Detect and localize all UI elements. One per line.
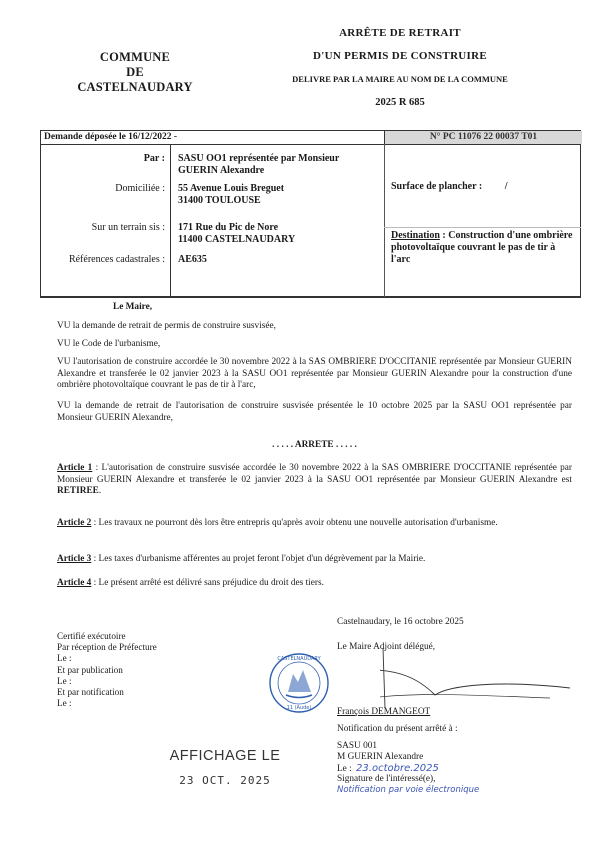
commune-line: COMMUNE xyxy=(60,50,210,65)
terrain-line: 171 Rue du Pic de Nore xyxy=(178,222,295,234)
affichage-label: AFFICHAGE LE xyxy=(145,748,305,764)
signatory-name: François DEMANGEOT xyxy=(337,707,430,719)
table-header: Demande déposée le 16/12/2022 - N° PC 11… xyxy=(41,131,580,145)
cert-line: Certifié exécutoire xyxy=(57,631,157,642)
article-4: Article 4 : Le présent arrêté est délivr… xyxy=(57,578,572,590)
title-line-3: DELIVRE PAR LA MAIRE AU NOM DE LA COMMUN… xyxy=(230,74,570,84)
vu-paragraph: VU la demande de retrait de l'autorisati… xyxy=(57,401,572,424)
domicile-value: 55 Avenue Louis Breguet 31400 TOULOUSE xyxy=(178,183,284,207)
affichage-stamp: AFFICHAGE LE 23 OCT. 2025 xyxy=(145,748,305,787)
row-divider xyxy=(384,227,581,228)
article-3: Article 3 : Les taxes d'urbanisme affére… xyxy=(57,554,572,566)
cert-line: Et par notification xyxy=(57,687,157,698)
destination-label: Destination xyxy=(391,230,440,241)
column-divider xyxy=(384,144,385,297)
certification-block: Certifié exécutoire Par réception de Pré… xyxy=(57,631,157,709)
par-label: Par : xyxy=(144,153,165,164)
surface-value: / xyxy=(505,181,508,192)
terrain-label: Sur un terrain sis : xyxy=(92,222,165,233)
demande-date: Demande déposée le 16/12/2022 - xyxy=(44,131,177,144)
arrete-reference: 2025 R 685 xyxy=(230,97,570,108)
cert-line: Et par publication xyxy=(57,665,157,676)
cert-line: Par réception de Préfecture xyxy=(57,642,157,653)
surface-plancher: Surface de plancher : / xyxy=(391,181,507,193)
domicile-label: Domiciliée : xyxy=(115,183,165,194)
commune-block: COMMUNE DE CASTELNAUDARY xyxy=(60,50,210,95)
affichage-date: 23 OCT. 2025 xyxy=(145,774,305,787)
vu-paragraph: VU la demande de retrait de permis de co… xyxy=(57,321,572,333)
handwritten-date: 23.octobre.2025 xyxy=(356,763,439,774)
signature-label: Signature de l'intéressé(e), xyxy=(337,774,435,786)
terrain-line: 11400 CASTELNAUDARY xyxy=(178,234,295,246)
maire-heading: Le Maire, xyxy=(113,302,595,314)
document-title: ARRÊTE DE RETRAIT D'UN PERMIS DE CONSTRU… xyxy=(230,27,570,108)
article-1: Article 1 : L'autorisation de construire… xyxy=(57,463,572,498)
svg-text:CASTELNAUDARY: CASTELNAUDARY xyxy=(277,656,321,662)
arrete-heading: . . . . . ARRETE . . . . . xyxy=(57,440,572,452)
column-divider xyxy=(170,144,171,297)
par-line: GUERIN Alexandre xyxy=(178,165,339,177)
terrain-value: 171 Rue du Pic de Nore 11400 CASTELNAUDA… xyxy=(178,222,295,246)
destination: Destination : Construction d'une ombrièr… xyxy=(391,230,576,266)
domicile-line: 55 Avenue Louis Breguet xyxy=(178,183,284,195)
cert-line: Le : xyxy=(57,698,157,709)
recipient-person: M GUERIN Alexandre xyxy=(337,752,423,764)
par-value: SASU OO1 représentée par Monsieur GUERIN… xyxy=(178,153,339,177)
permit-number: N° PC 11076 22 00037 T01 xyxy=(384,131,582,144)
place-date: Castelnaudary, le 16 octobre 2025 xyxy=(337,617,464,629)
article-2: Article 2 : Les travaux ne pourront dès … xyxy=(57,518,572,530)
permit-info-table: Demande déposée le 16/12/2022 - N° PC 11… xyxy=(40,130,581,298)
handwritten-note: Notification par voie électronique xyxy=(337,785,479,797)
notification-label: Notification du présent arrêté à : xyxy=(337,724,458,736)
vu-paragraph: VU le Code de l'urbanisme, xyxy=(57,339,572,351)
commune-line: CASTELNAUDARY xyxy=(60,80,210,95)
commune-line: DE xyxy=(60,65,210,80)
town-seal-icon: 11 (Aude) CASTELNAUDARY xyxy=(268,652,330,714)
cadastre-label: Références cadastrales : xyxy=(69,254,165,265)
vu-paragraph: VU l'autorisation de construire accordée… xyxy=(57,357,572,392)
surface-label: Surface de plancher : xyxy=(391,181,482,192)
recipient-company: SASU 001 xyxy=(337,741,377,753)
title-line-2: D'UN PERMIS DE CONSTRUIRE xyxy=(230,50,570,62)
cert-line: Le : xyxy=(57,676,157,687)
title-line-1: ARRÊTE DE RETRAIT xyxy=(230,27,570,39)
svg-text:11 (Aude): 11 (Aude) xyxy=(287,705,312,711)
signature-scribble-icon xyxy=(380,640,580,710)
cadastre-value: AE635 xyxy=(178,254,207,266)
par-line: SASU OO1 représentée par Monsieur xyxy=(178,153,339,165)
domicile-line: 31400 TOULOUSE xyxy=(178,195,284,207)
cert-line: Le : xyxy=(57,653,157,664)
